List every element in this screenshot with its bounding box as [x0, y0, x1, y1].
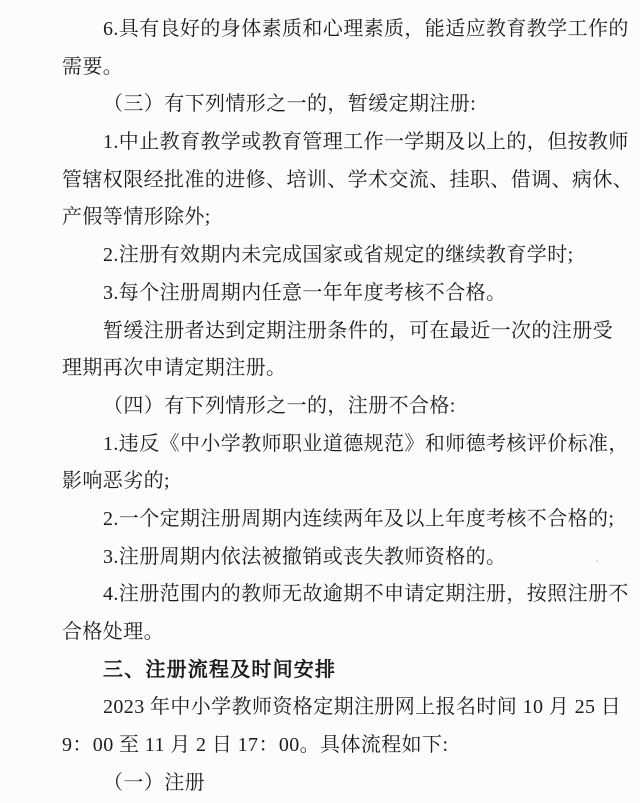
doc-line-clause-3-item-2: 2.注册有效期内未完成国家或省规定的继续教育学时;	[62, 237, 640, 275]
document-page: 6.具有良好的身体素质和心理素质，能适应教育教学工作的 需要。 （三）有下列情形…	[0, 0, 640, 803]
doc-line-requirement-6: 6.具有良好的身体素质和心理素质，能适应教育教学工作的	[62, 11, 640, 49]
doc-line-clause-3-item-1-cont: 管辖权限经批准的进修、培训、学术交流、挂职、借调、病休、	[62, 162, 640, 200]
doc-line-clause-4-heading: （四）有下列情形之一的，注册不合格:	[62, 388, 640, 426]
doc-line-clause-4-item-4-cont: 合格处理。	[62, 614, 640, 652]
doc-line-clause-3-item-1-end: 产假等情形除外;	[62, 199, 640, 237]
section-heading-registration-process: 三、注册流程及时间安排	[62, 652, 640, 690]
doc-line-clause-4-item-3: 3.注册周期内依法被撤销或丧失教师资格的。	[62, 539, 640, 577]
doc-line-clause-4-item-1: 1.违反《中小学教师职业道德规范》和师德考核评价标准，	[62, 426, 640, 464]
doc-line-signup-time-cont: 9：00 至 11 月 2 日 17：00。具体流程如下:	[62, 727, 640, 765]
doc-line-requirement-6-cont: 需要。	[62, 49, 640, 87]
doc-line-signup-time: 2023 年中小学教师资格定期注册网上报名时间 10 月 25 日	[62, 689, 640, 727]
doc-line-clause-4-item-4: 4.注册范围内的教师无故逾期不申请定期注册，按照注册不	[62, 576, 640, 614]
doc-line-clause-4-item-1-cont: 影响恶劣的;	[62, 463, 640, 501]
doc-line-clause-3-item-1: 1.中止教育教学或教育管理工作一学期及以上的，但按教师	[62, 124, 640, 162]
doc-line-step-1-registration: （一）注册	[62, 765, 640, 803]
scan-speck	[383, 96, 386, 99]
doc-line-clause-4-item-2: 2.一个定期注册周期内连续两年及以上年度考核不合格的;	[62, 501, 640, 539]
doc-line-clause-3-heading: （三）有下列情形之一的，暂缓定期注册:	[62, 86, 640, 124]
scan-speck	[596, 560, 598, 562]
doc-line-deferral-note-cont: 理期再次申请定期注册。	[62, 350, 640, 388]
doc-line-deferral-note: 暂缓注册者达到定期注册条件的，可在最近一次的注册受	[62, 313, 640, 351]
doc-line-clause-3-item-3: 3.每个注册周期内任意一年年度考核不合格。	[62, 275, 640, 313]
